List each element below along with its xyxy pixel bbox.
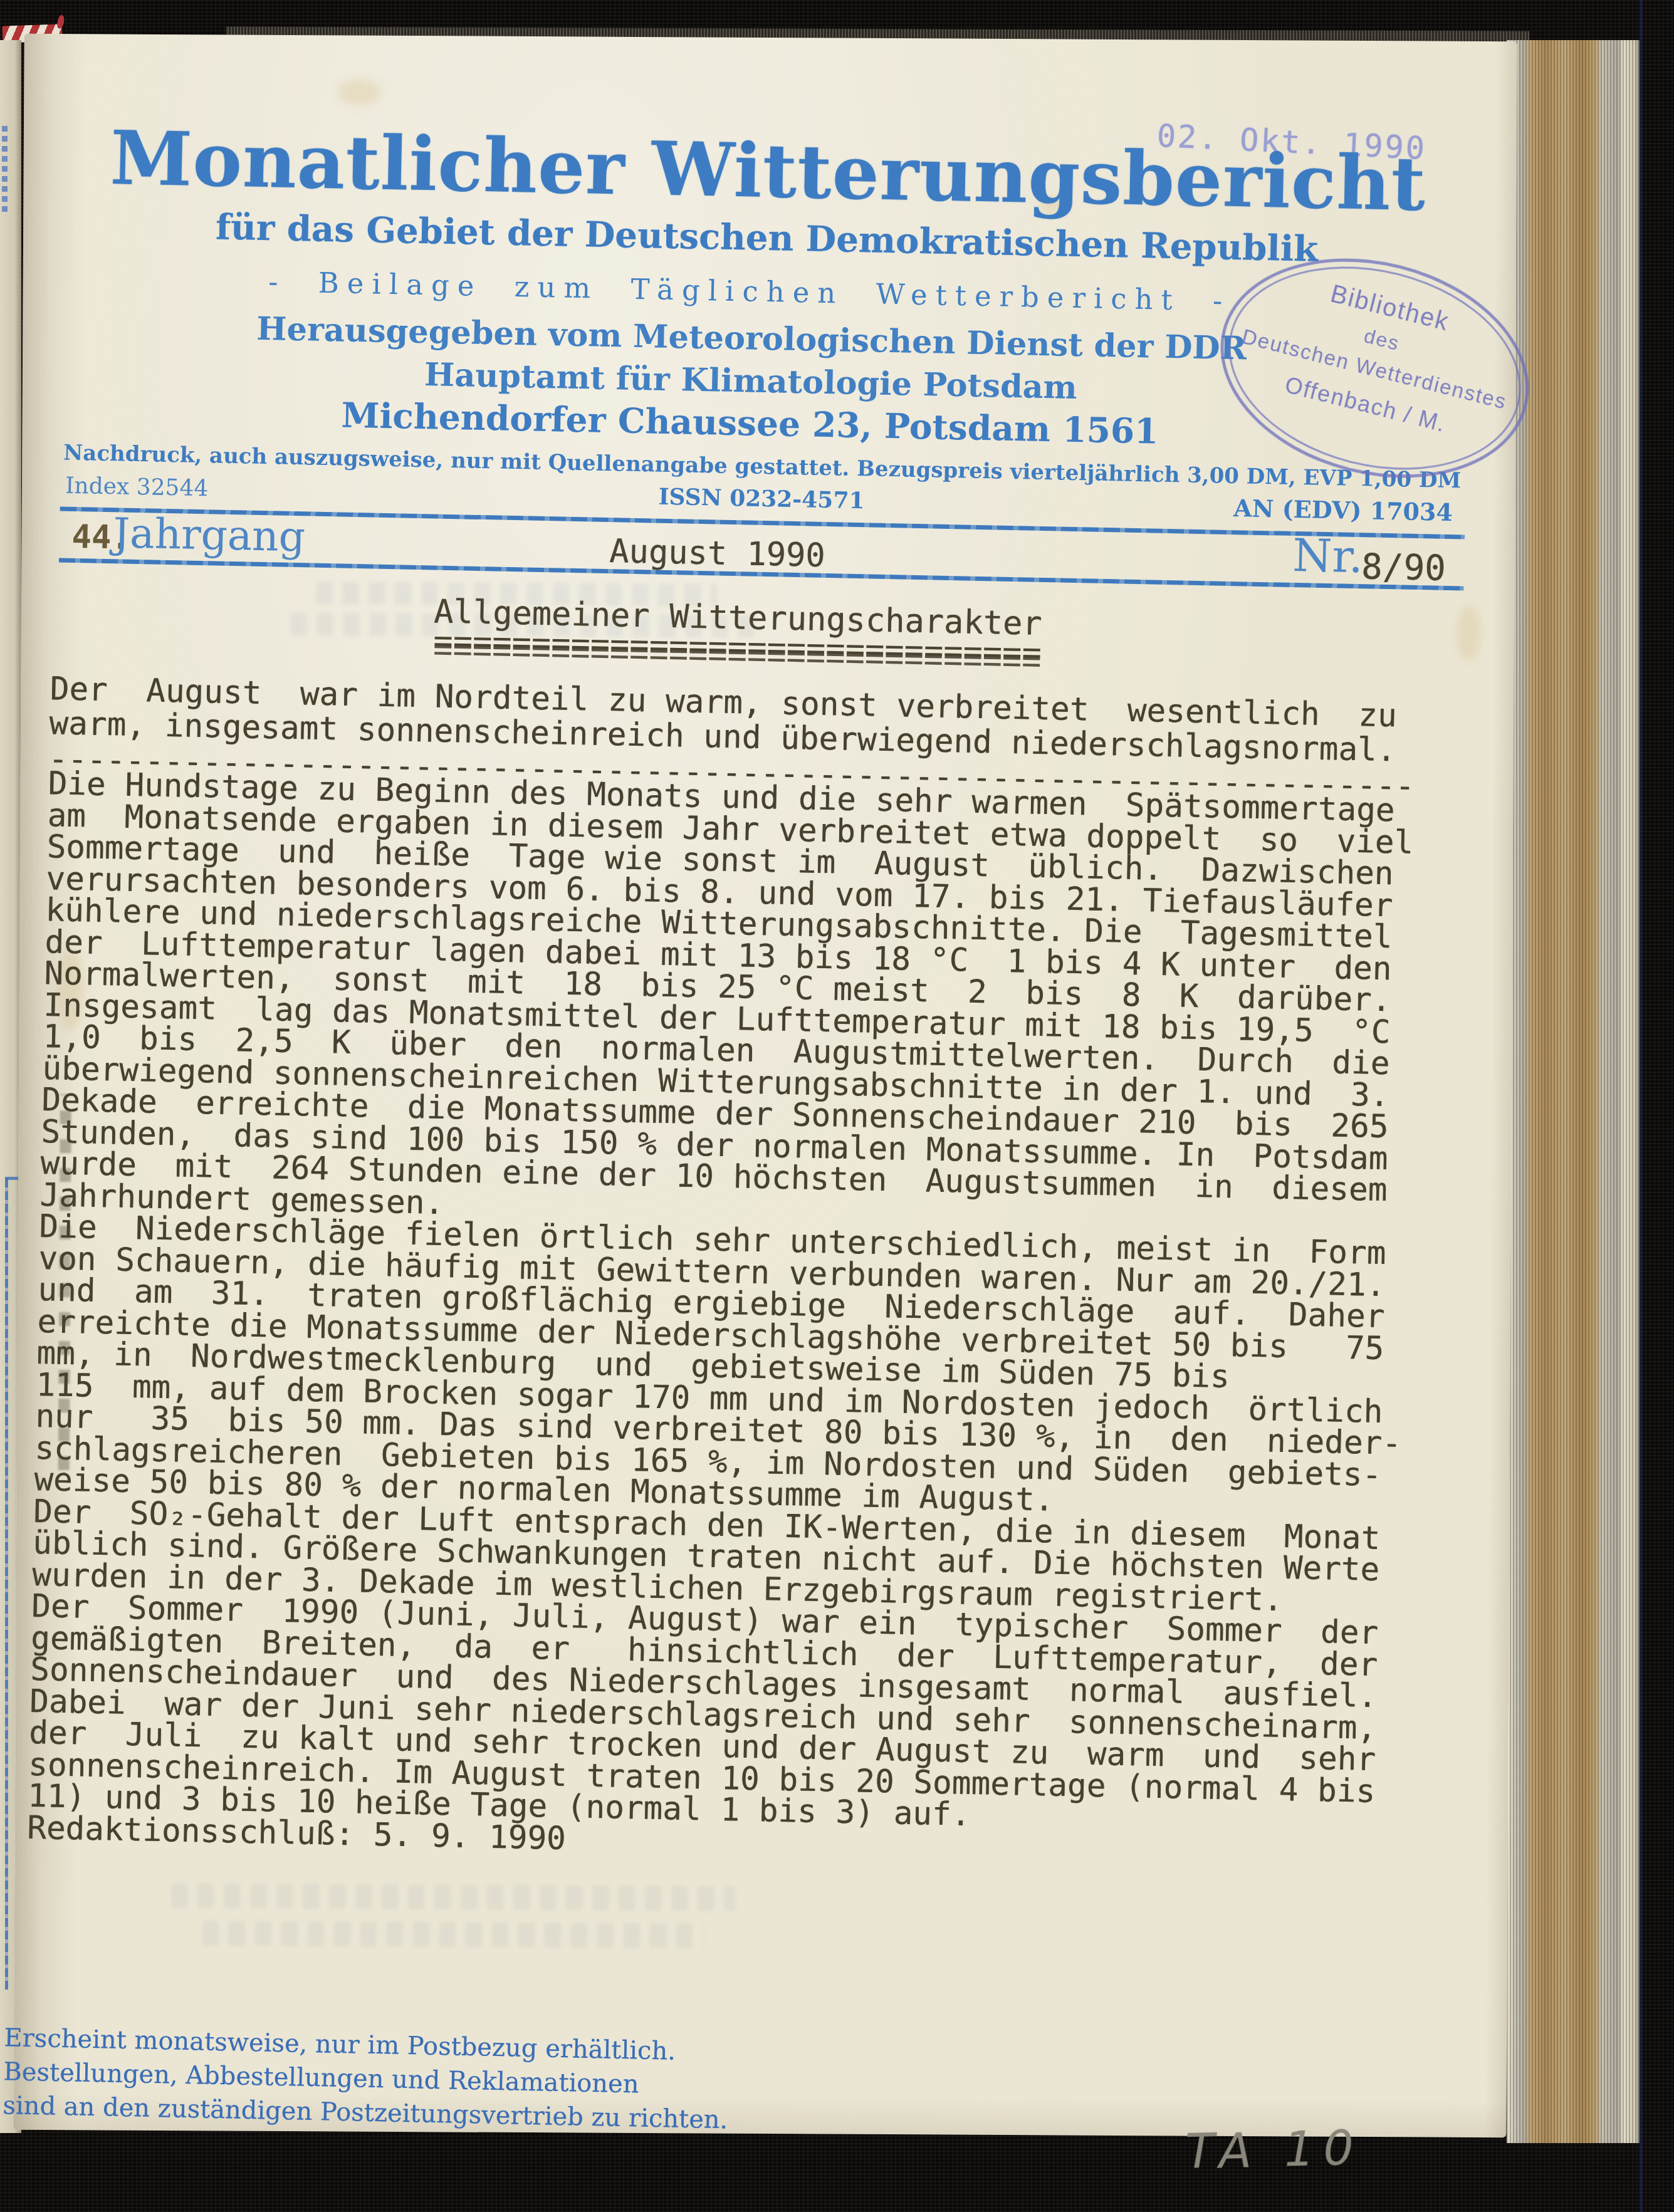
an-edv-number: AN (EDV) 17034	[1233, 494, 1453, 526]
issue-number-value: 8/90	[1361, 546, 1446, 589]
sliver-blue-marks	[2, 124, 8, 212]
handwritten-pencil-note: TA 10	[1185, 2120, 1363, 2180]
article-body: Die Hundstage zu Beginn des Monats und d…	[27, 768, 1415, 1871]
printed-layer: 02. Okt. 1990 Monatlicher Witterungsberi…	[0, 33, 1517, 2159]
issue-number-label: Nr.	[1292, 529, 1364, 583]
book-scan-background: 02. Okt. 1990 Monatlicher Witterungsberi…	[0, 0, 1674, 2212]
red-thread	[56, 14, 65, 29]
issue-month: August 1990	[609, 533, 826, 575]
volume-word: Jahrgang	[113, 509, 306, 561]
document-page: 02. Okt. 1990 Monatlicher Witterungsberi…	[13, 34, 1517, 2137]
book-cover-edge	[1640, 0, 1643, 2212]
imprint-note: Erscheint monatsweise, nur im Postbezug …	[3, 2021, 730, 2137]
